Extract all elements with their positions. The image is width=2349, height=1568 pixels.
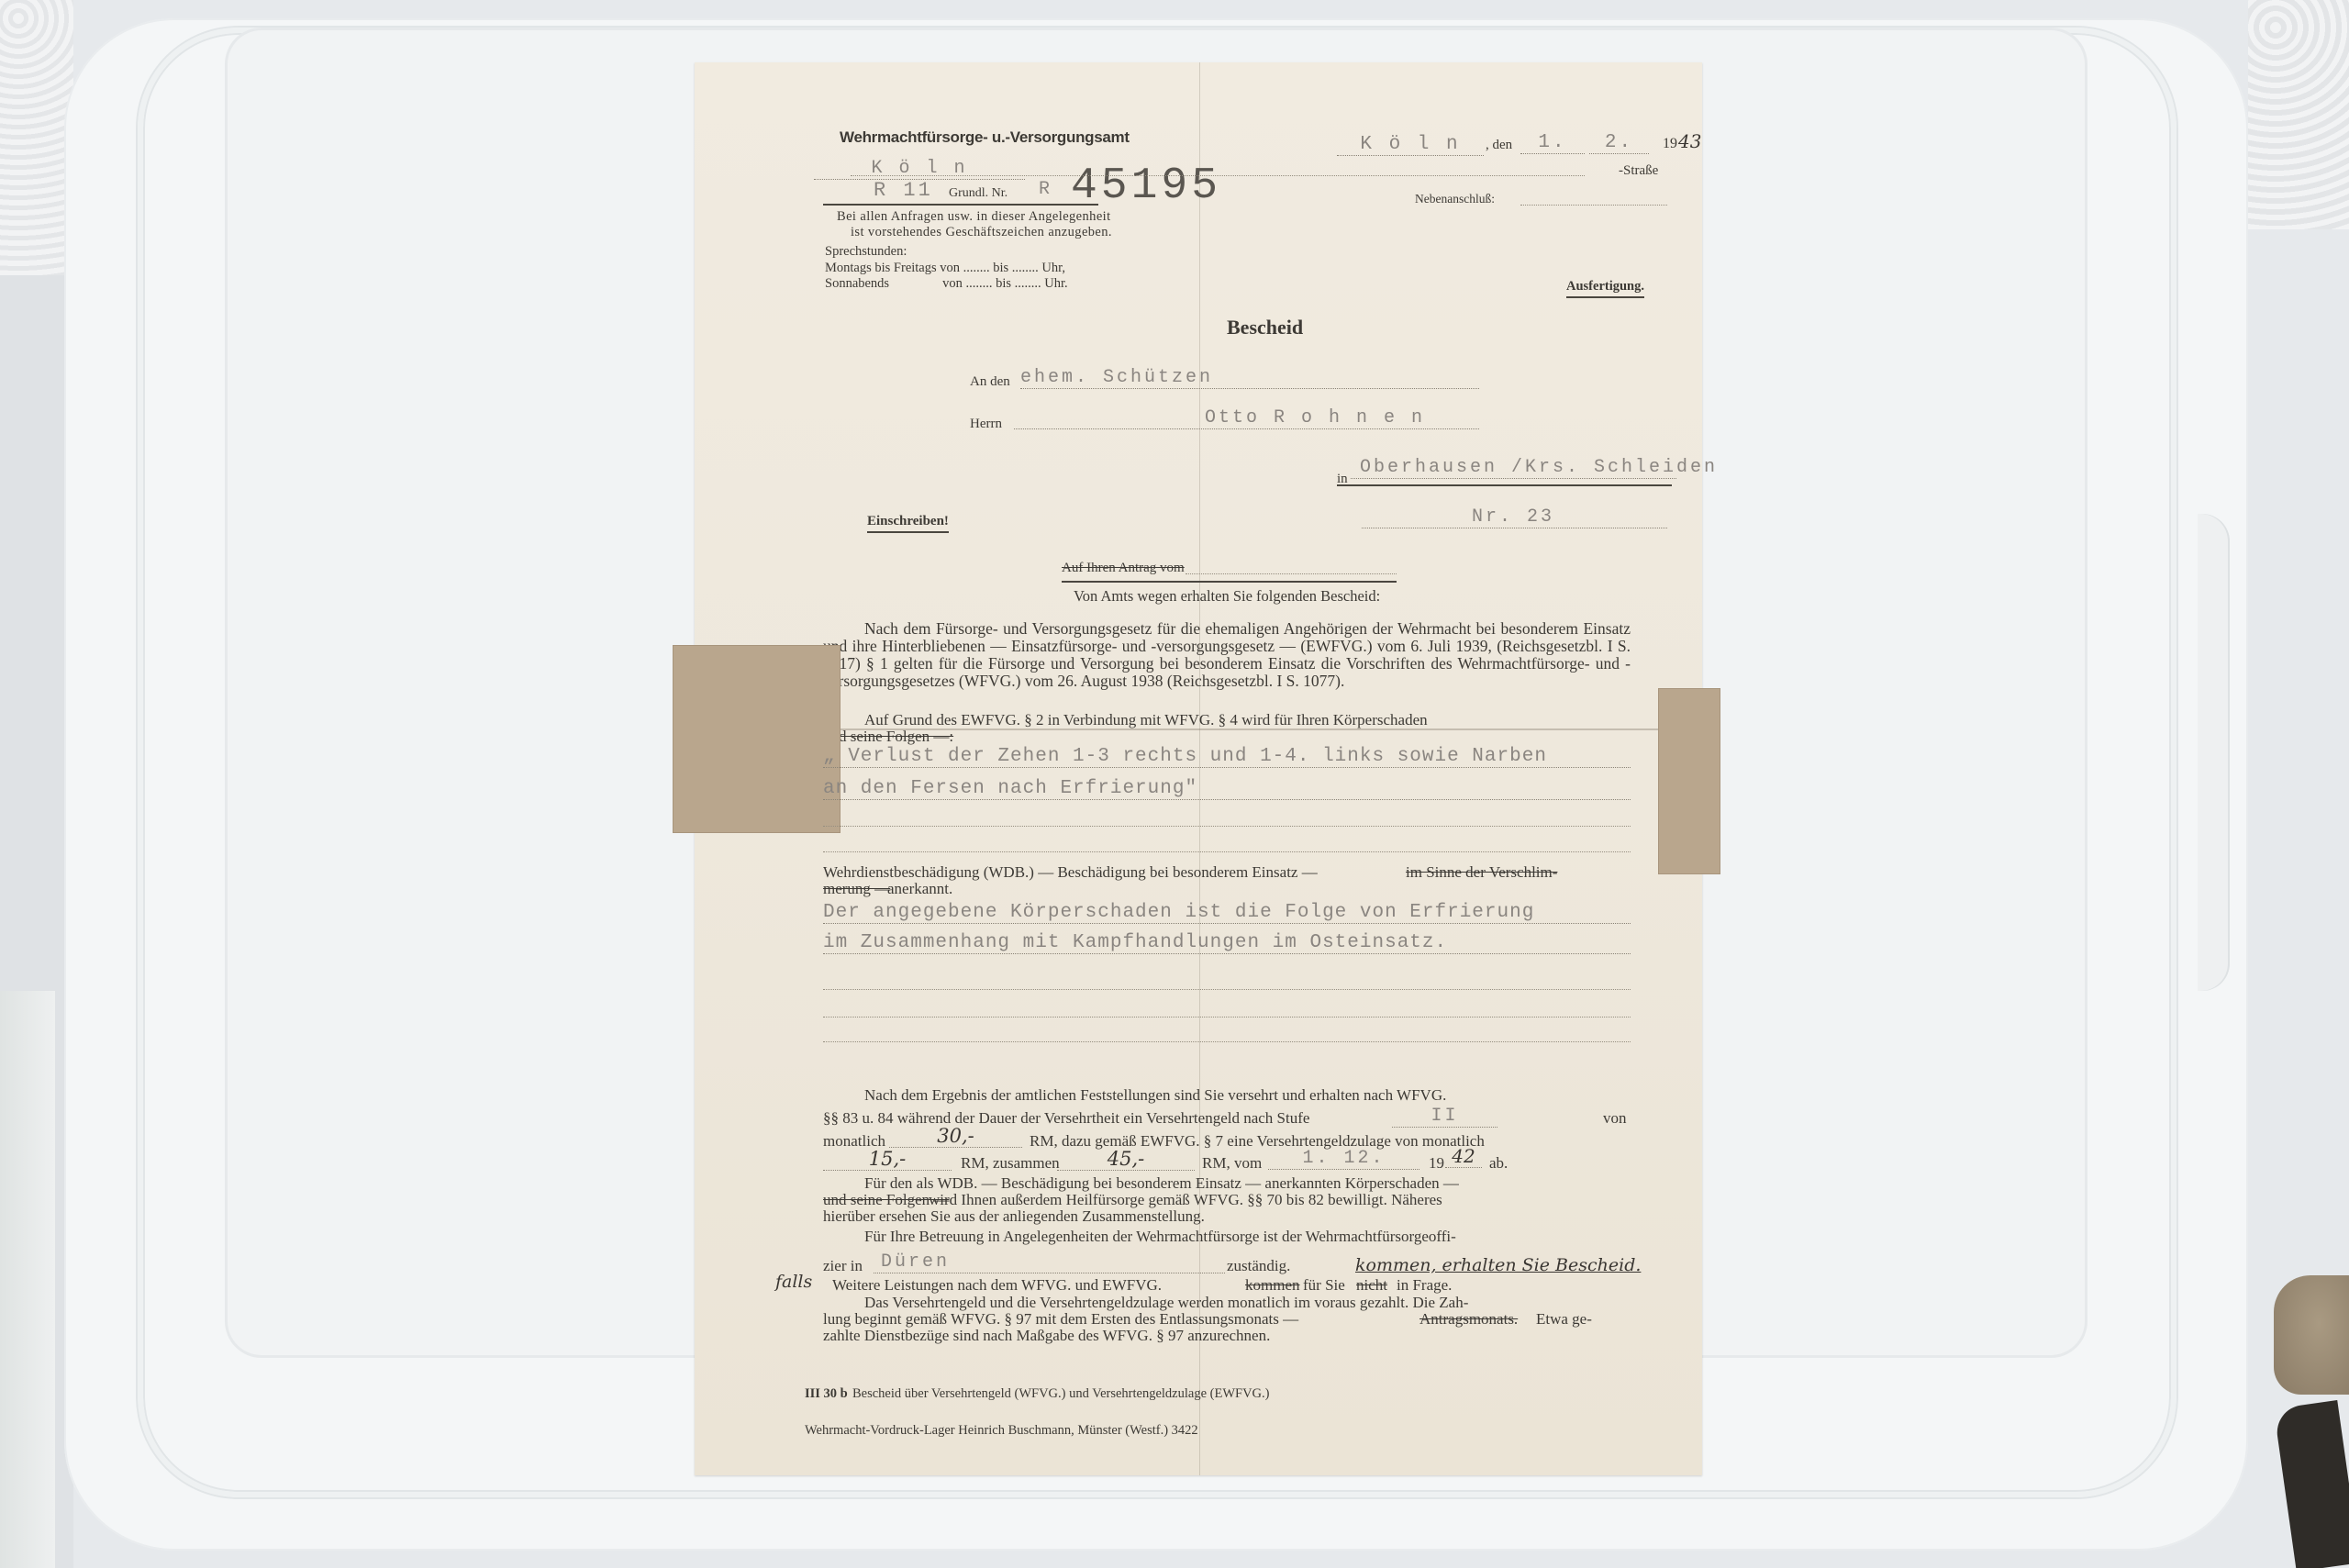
date-month: 2. (1589, 132, 1649, 154)
lid-handle (2198, 514, 2230, 991)
street-label: -Straße (1619, 163, 1658, 179)
office-hours-saturday: Sonnabends von ........ bis ........ Uhr… (825, 276, 1068, 292)
address-line (851, 175, 1585, 176)
date-day: 1. (1520, 132, 1585, 154)
registered-mail-label: Einschreiben! (867, 514, 949, 533)
wdb-struck-text: im Sinne der Verschlim- (1406, 863, 1557, 882)
legal-basis-paragraph: Nach dem Fürsorge- und Versorgungsgesetz… (823, 620, 1631, 690)
blank-line (823, 989, 1631, 990)
payment-from-label: RM, vom (1202, 1154, 1262, 1173)
addressee-house-number: Nr. 23 (1362, 506, 1667, 528)
medical-care-text: hierüber ersehen Sie aus der anliegenden… (823, 1207, 1205, 1226)
request-line-struck: Auf Ihren Antrag vom (1062, 561, 1185, 576)
addressee-place: Oberhausen /Krs. Schleiden (1351, 457, 1676, 479)
payment-ab: ab. (1489, 1154, 1508, 1173)
blank-line (823, 1017, 1631, 1018)
office-hours-weekdays: Montags bis Freitags von ........ bis ..… (825, 261, 1065, 276)
addressee-label: An den (970, 374, 1010, 390)
copy-label: Ausfertigung. (1566, 279, 1644, 298)
payment-terms: Das Versehrtengeld und die Versehrtengel… (864, 1294, 1468, 1312)
payment-start-year: 42 (1445, 1145, 1482, 1168)
welfare-officer-text: Für Ihre Betreuung in Angelegenheiten de… (864, 1228, 1456, 1246)
divider (823, 204, 1098, 206)
paper-tape-repair (1658, 688, 1720, 874)
place-of-issue: K ö l n (1337, 134, 1484, 156)
official-decision-line: Von Amts wegen erhalten Sie folgenden Be… (1074, 587, 1380, 606)
addressee-rank: ehem. Schützen (1020, 367, 1479, 389)
welfare-officer-city: Düren (874, 1251, 1225, 1273)
paper-tape-repair (673, 645, 841, 833)
printer-imprint: Wehrmacht-Vordruck-Lager Heinrich Buschm… (805, 1423, 1198, 1439)
further-benefits-struck: nicht (1356, 1276, 1387, 1295)
divider (1337, 484, 1672, 486)
further-benefits-text: in Frage. (1397, 1276, 1452, 1295)
document-title: Bescheid (1227, 316, 1303, 339)
cause-description: im Zusammenhang mit Kampfhandlungen im O… (823, 932, 1631, 954)
form-id: III 30 b (805, 1386, 848, 1402)
payment-year-prefix: 19 (1429, 1154, 1444, 1173)
date-year: 43 (1678, 130, 1701, 152)
textured-wall (2248, 0, 2349, 229)
reference-note: Bei allen Anfragen usw. in dieser Angele… (837, 209, 1111, 225)
cloth-bundle (2274, 1275, 2349, 1395)
further-benefits-text: für Sie (1303, 1276, 1345, 1295)
reference-letter: R (1039, 179, 1052, 200)
supplement-amount: 15,- (823, 1148, 952, 1171)
issuing-office: Wehrmachtfürsorge- u.-Versorgungsamt (840, 128, 1130, 147)
request-date-line (1186, 573, 1397, 574)
wdb-struck-text: merung — (823, 880, 890, 898)
medical-care-text: Für den als WDB. — Beschädigung bei beso… (864, 1174, 1459, 1193)
disability-stage: II (1392, 1106, 1497, 1128)
leather-strap (2274, 1400, 2349, 1568)
welfare-officer-label: zier in (823, 1257, 863, 1275)
handwritten-note: kommen, erhalten Sie Bescheid. (1355, 1255, 1641, 1275)
payment-terms-struck: Antragsmonats. (1419, 1310, 1518, 1329)
office-hours-title: Sprechstunden: (825, 244, 907, 260)
injury-description: „ Verlust der Zehen 1-3 rechts und 1-4. … (823, 746, 1631, 768)
extension-label: Nebenanschluß: (1415, 192, 1495, 206)
wdb-recognized: anerkannt. (887, 880, 952, 898)
addressee-title-label: Herrn (970, 417, 1002, 432)
blank-line (823, 826, 1631, 827)
reference-note: ist vorstehendes Geschäftszeichen anzuge… (851, 225, 1112, 240)
payment-intro: Nach dem Ergebnis der amtlichen Feststel… (864, 1086, 1446, 1105)
office-city: K ö l n (814, 158, 1025, 180)
cause-description: Der angegebene Körperschaden ist die Fol… (823, 902, 1631, 924)
medical-care-text: wird Ihnen außerdem Heilfürsorge gemäß W… (929, 1191, 1442, 1209)
wdb-recognition: Wehrdienstbeschädigung (WDB.) — Beschädi… (823, 863, 1318, 882)
injury-intro: Auf Grund des EWFVG. § 2 in Verbindung m… (864, 711, 1428, 729)
further-benefits-text: Weitere Leistungen nach dem WFVG. und EW… (832, 1276, 1162, 1295)
payment-terms: lung beginnt gemäß WFVG. § 97 mit dem Er… (823, 1310, 1298, 1329)
plastic-bag (0, 991, 55, 1568)
date-year-prefix: 19 (1663, 136, 1677, 152)
handwritten-note-falls: falls (775, 1272, 812, 1292)
date-label: , den (1486, 138, 1512, 153)
base-amount: 30,- (889, 1125, 1022, 1148)
blank-line (823, 851, 1631, 852)
form-title: Bescheid über Versehrtengeld (WFVG.) und… (852, 1386, 1269, 1402)
document-sheet: Wehrmachtfürsorge- u.-Versorgungsamt K ö… (695, 62, 1702, 1475)
blank-line (823, 1041, 1631, 1042)
payment-start-date: 1. 12. (1268, 1148, 1419, 1170)
divider (1062, 581, 1397, 583)
addressee-name: Otto R o h n e n (1014, 407, 1479, 429)
payment-total-label: RM, zusammen (961, 1154, 1060, 1173)
extension-line (1520, 205, 1667, 206)
reference-prefix: R 11 (874, 179, 933, 202)
textured-wall (0, 0, 73, 275)
injury-description: an den Fersen nach Erfrierung" (823, 778, 1631, 800)
reference-label: Grundl. Nr. (949, 186, 1008, 201)
welfare-officer-responsible: zuständig. (1227, 1257, 1290, 1275)
total-amount: 45,- (1057, 1148, 1195, 1171)
injury-intro-struck: und seine Folgen —: (823, 728, 953, 746)
payment-terms: Etwa ge- (1536, 1310, 1592, 1329)
further-benefits-struck: kommen (1245, 1276, 1300, 1295)
payment-terms: zahlte Dienstbezüge sind nach Maßgabe de… (823, 1327, 1270, 1345)
payment-von: von (1603, 1109, 1627, 1128)
